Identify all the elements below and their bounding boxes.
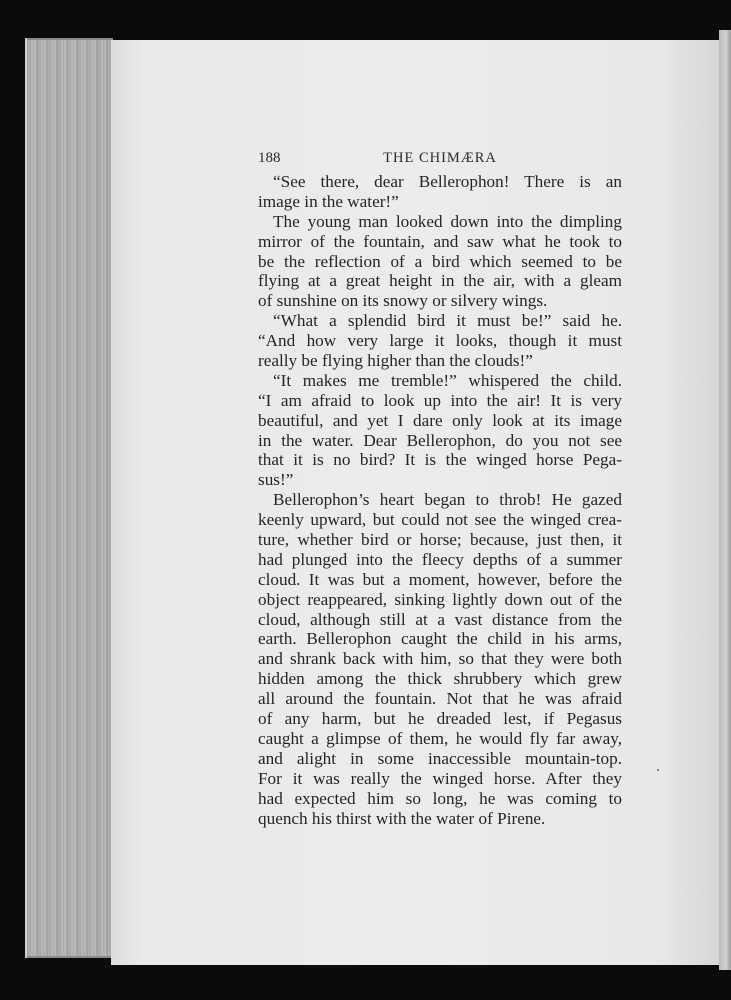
text-line: cloud, although still at a vast distance…: [258, 610, 622, 630]
text-line: flying at a great height in the air, wit…: [258, 271, 622, 291]
text-line: object reappeared, sinking lightly down …: [258, 590, 622, 610]
text-line: For it was really the winged horse. Afte…: [258, 769, 622, 789]
text-line: and shrank back with him, so that they w…: [258, 649, 622, 669]
text-line: had plunged into the fleecy depths of a …: [258, 550, 622, 570]
text-line: ture, whether bird or horse; because, ju…: [258, 530, 622, 550]
text-line: that it is no bird? It is the winged hor…: [258, 450, 622, 470]
text-line: had expected him so long, he was coming …: [258, 789, 622, 809]
text-line: of sunshine on its snowy or silvery wing…: [258, 291, 622, 311]
text-line: hidden among the thick shrubbery which g…: [258, 669, 622, 689]
text-line: image in the water!”: [258, 192, 622, 212]
text-line: Bellerophon’s heart began to throb! He g…: [258, 490, 622, 510]
text-line: sus!”: [258, 470, 622, 490]
text-line: cloud. It was but a moment, however, bef…: [258, 570, 622, 590]
text-line: and alight in some inaccessible mountain…: [258, 749, 622, 769]
text-line: mirror of the fountain, and saw what he …: [258, 232, 622, 252]
text-line: “I am afraid to look up into the air! It…: [258, 391, 622, 411]
text-line: The young man looked down into the dimpl…: [258, 212, 622, 232]
text-line: caught a glimpse of them, he would fly f…: [258, 729, 622, 749]
paper-speck: [657, 769, 659, 771]
text-line: quench his thirst with the water of Pire…: [258, 809, 622, 829]
text-line: be the reflection of a bird which seemed…: [258, 252, 622, 272]
text-line: really be flying higher than the clouds!…: [258, 351, 622, 371]
text-line: “See there, dear Bellerophon! There is a…: [258, 172, 622, 192]
text-line: all around the fountain. Not that he was…: [258, 689, 622, 709]
text-line: earth. Bellerophon caught the child in h…: [258, 629, 622, 649]
facing-page-edge: [719, 30, 731, 970]
text-line: keenly upward, but could not see the win…: [258, 510, 622, 530]
page-header: 188 THE CHIMÆRA: [258, 150, 622, 172]
text-line: “It makes me tremble!” whispered the chi…: [258, 371, 622, 391]
running-head: THE CHIMÆRA: [258, 150, 622, 167]
text-line: beautiful, and yet I dare only look at i…: [258, 411, 622, 431]
text-line: “And how very large it looks, though it …: [258, 331, 622, 351]
text-line: of any harm, but he dreaded lest, if Peg…: [258, 709, 622, 729]
body-text: “See there, dear Bellerophon! There is a…: [258, 172, 622, 828]
page-edges-stack: [25, 38, 113, 958]
text-line: in the water. Dear Bellerophon, do you n…: [258, 431, 622, 451]
text-line: “What a splendid bird it must be!” said …: [258, 311, 622, 331]
